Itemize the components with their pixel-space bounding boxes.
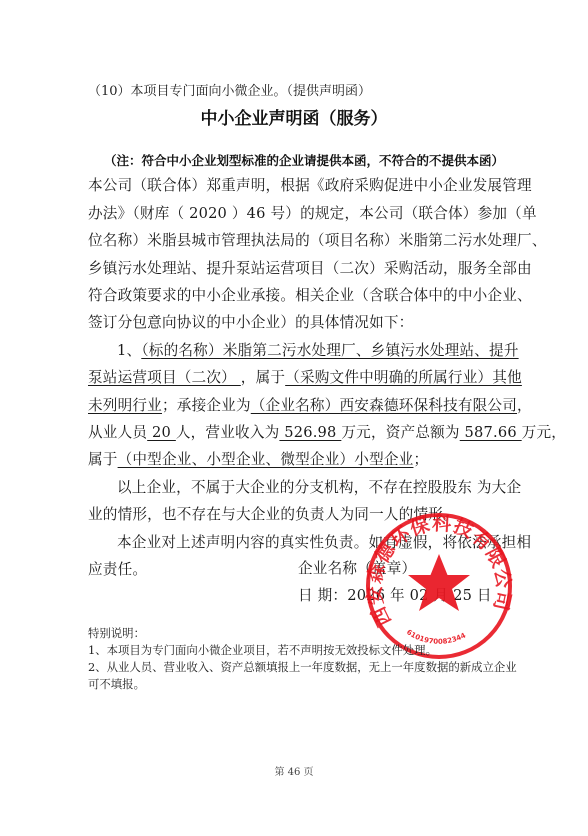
company-seal-stamp: 西安森德环保科技有限公司 6101970082344 xyxy=(362,510,516,662)
item1-line5: 属于（中型企业、小型企业、微型企业）小型企业； xyxy=(88,448,428,469)
note-line: （注：符合中小企业划型标准的企业请提供本函，不符合的不提供本函） xyxy=(104,151,504,169)
star-icon xyxy=(408,554,470,611)
item1-scale-label: 属于 xyxy=(88,451,118,468)
item1-employees-unit: 人，营业收入为 xyxy=(176,424,280,441)
item1-revenue-unit: 万元，资产总额为 xyxy=(341,424,459,441)
item1-subject-cont: 泵站运营项目（二次） xyxy=(88,369,241,386)
date-label: 日 期： xyxy=(298,587,347,604)
item1-belongs-label: ，属于 xyxy=(241,369,285,386)
intro-line: （10）本项目专门面向小微企业。（提供声明函） xyxy=(88,80,371,99)
item1-revenue: 526.98 xyxy=(279,424,341,441)
item1-contractor: （企业名称）西安森德环保科技有限公司 xyxy=(251,397,517,414)
item1-contractor-label: ；承接企业为 xyxy=(162,397,251,414)
paragraph1-line3: 位名称）米脂县城市管理执法局的（项目名称）米脂第二污水处理厂、 xyxy=(88,229,547,250)
paragraph2-line1: 以上企业，不属于大企业的分支机构，不存在控股股东 为大企 xyxy=(117,476,521,497)
page-number: 第 46 页 xyxy=(0,763,588,778)
special-note-1: 1、本项目为专门面向小微企业项目，若不声明按无效投标文件处理。 xyxy=(88,642,437,658)
page-title: 中小企业声明函（服务） xyxy=(0,104,588,129)
item1-end: ； xyxy=(413,451,428,468)
item1-assets: 587.66 xyxy=(460,424,522,441)
paragraph1-line6: 签订分包意向协议的中小企业）的具体情况如下： xyxy=(88,311,413,332)
item1-industry: （采购文件中明确的所属行业）其他 xyxy=(285,369,522,386)
paragraph3-line2: 应责任。 xyxy=(88,558,147,579)
item1-employees: 20 xyxy=(147,424,176,441)
item1-comma: ， xyxy=(517,397,532,414)
special-notes-heading: 特别说明： xyxy=(88,625,145,641)
item1-line2: 泵站运营项目（二次） ，属于（采购文件中明确的所属行业）其他 xyxy=(88,366,522,387)
item1-number: 1、 xyxy=(117,342,141,359)
item1-employees-label: 从业人员 xyxy=(88,424,147,441)
special-note-2-cont: 可不填报。 xyxy=(88,676,145,692)
item1-assets-unit: 万元， xyxy=(522,424,566,441)
document-page: （10）本项目专门面向小微企业。（提供声明函） 中小企业声明函（服务） （注：符… xyxy=(0,0,588,836)
item1-industry-cont: 未列明行业 xyxy=(88,397,162,414)
item1-scale: （中型企业、小型企业、微型企业）小型企业 xyxy=(118,451,414,468)
item1-line3: 未列明行业；承接企业为（企业名称）西安森德环保科技有限公司， xyxy=(88,394,532,415)
paragraph1-line5: 符合政策要求的中小企业承接。相关企业（含联合体中的中小企业、 xyxy=(88,284,532,305)
paragraph1-line2: 办法》（财库（ 2020 ）46 号）的规定，本公司（联合体）参加（单 xyxy=(88,202,537,223)
item1-line4: 从业人员 20 人，营业收入为 526.98 万元，资产总额为 587.66 万… xyxy=(88,421,566,442)
item1-subject: （标的名称）米脂第二污水处理厂、乡镇污水处理站、提升 xyxy=(141,342,518,359)
paragraph1-line1: 本公司（联合体）郑重声明，根据《政府采购促进中小企业发展管理 xyxy=(88,174,532,195)
paragraph1-line4: 乡镇污水处理站、提升泵站运营项目（二次）采购活动，服务全部由 xyxy=(88,257,532,278)
special-note-2: 2、从业人员、营业收入、资产总额填报上一年度数据，无上一年度数据的新成立企业 xyxy=(88,659,517,675)
item1-line1: 1、（标的名称）米脂第二污水处理厂、乡镇污水处理站、提升 xyxy=(117,339,519,360)
